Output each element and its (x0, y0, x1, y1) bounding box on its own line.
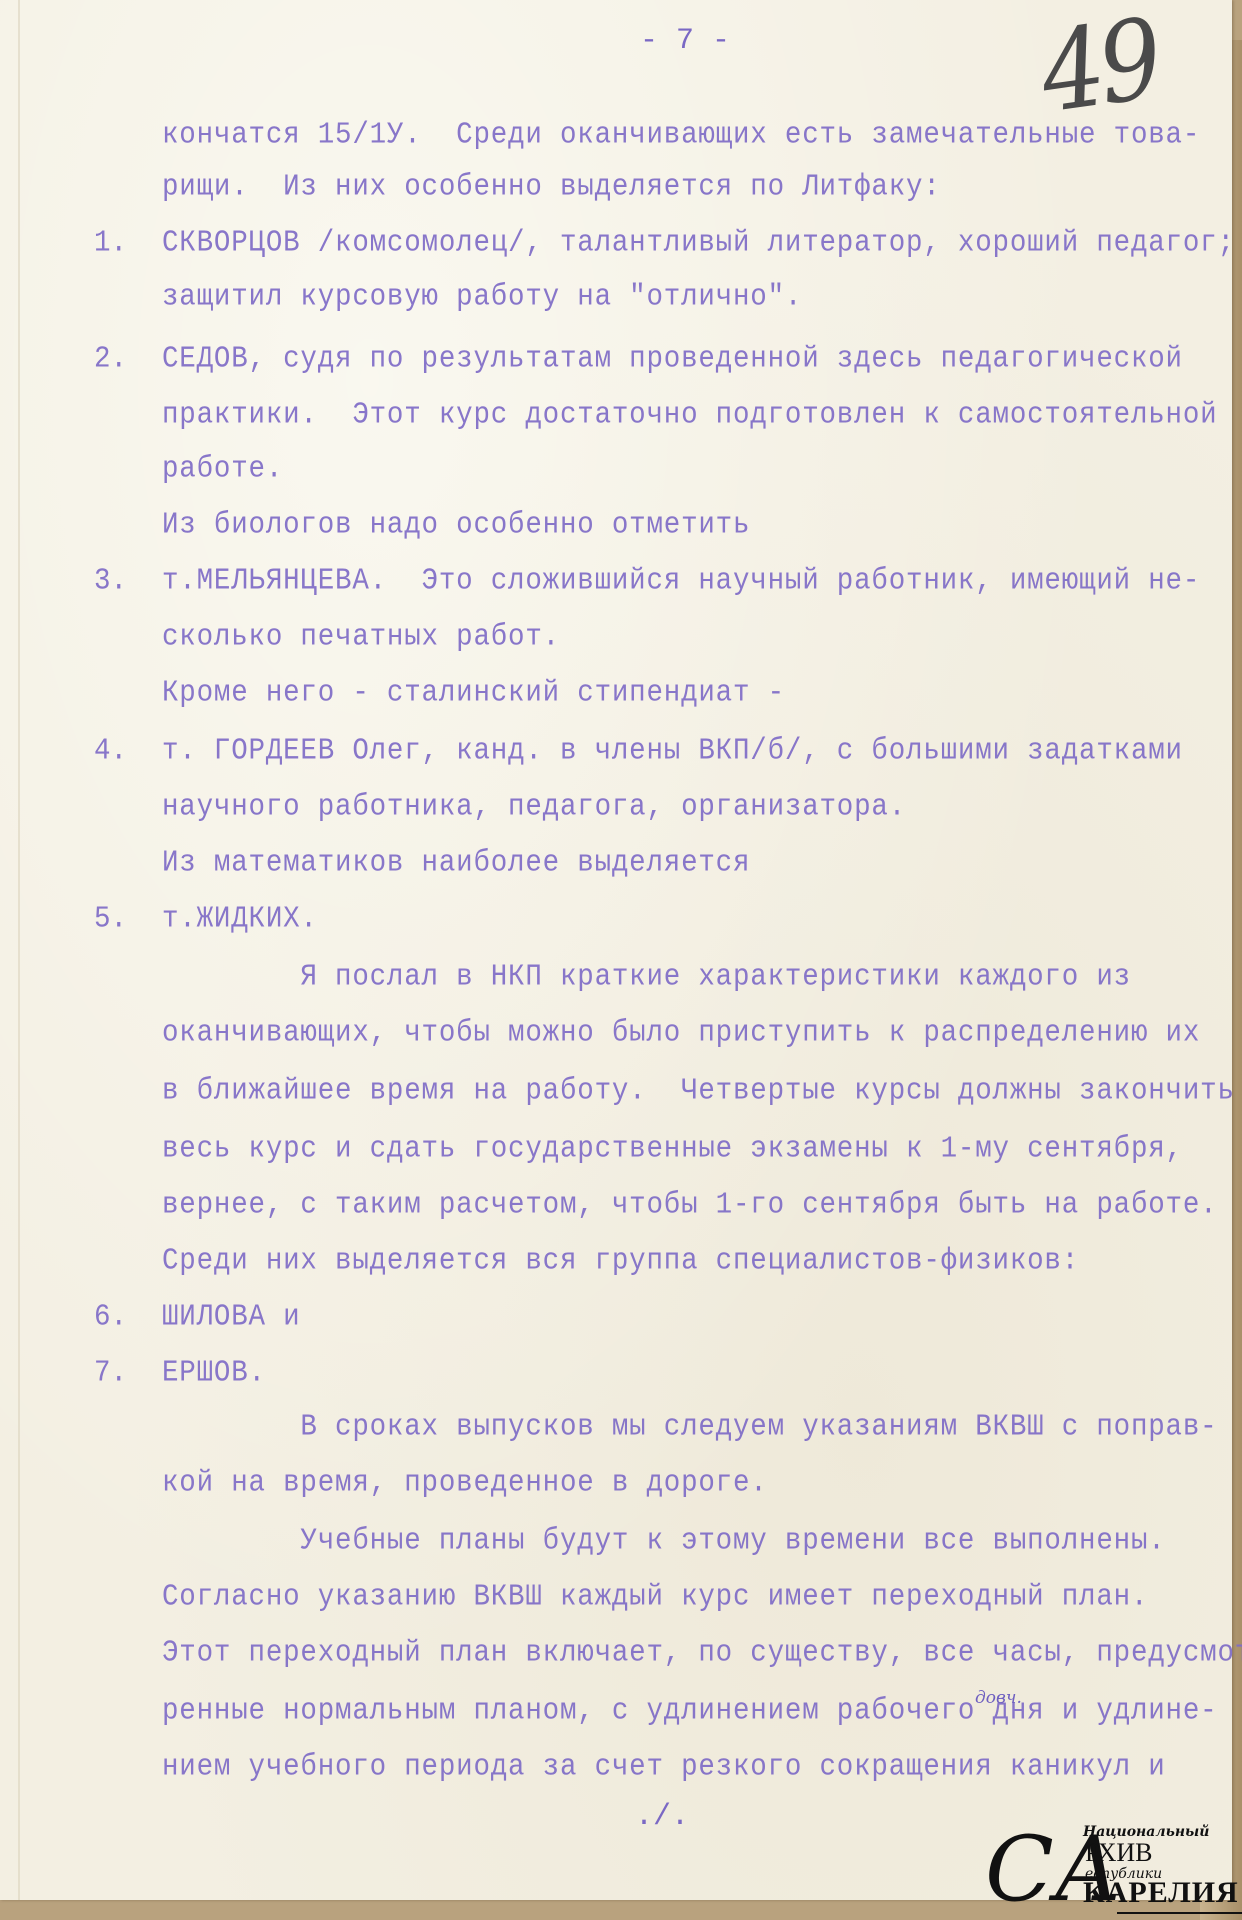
text-line: практики. Этот курс достаточно подготовл… (162, 398, 1217, 433)
text-line: весь курс и сдать государственные экзаме… (162, 1132, 1183, 1167)
page-number: - 7 - (640, 24, 730, 58)
folio-number-handwritten: 49 (1033, 0, 1165, 137)
text-line: т.МЕЛЬЯНЦЕВА. Это сложившийся научный ра… (162, 564, 1200, 599)
text-line: ШИЛОВА и (162, 1300, 300, 1335)
text-line: СЕДОВ, судя по результатам проведенной з… (162, 342, 1183, 377)
logo-quill-rule (1117, 1912, 1242, 1914)
text-line: оканчивающих, чтобы можно было приступит… (162, 1016, 1200, 1051)
text-line: научного работника, педагога, организато… (162, 790, 906, 825)
document-page: - 7 - 49 кончатся 15/1У. Среди оканчиваю… (0, 0, 1232, 1900)
logo-line-archive: РХИВ (1085, 1840, 1153, 1866)
text-line: В сроках выпусков мы следуем указаниям В… (162, 1410, 1217, 1445)
text-line: кой на время, проведенное в дороге. (162, 1466, 768, 1501)
archive-watermark-logo: СА Национальный РХИВ еспублики КАРЕЛИЯ (985, 1820, 1242, 1920)
text-line: вернее, с таким расчетом, чтобы 1-го сен… (162, 1188, 1217, 1223)
list-number: 2. (94, 342, 127, 377)
text-line: ренные нормальным планом, с удлинением р… (162, 1694, 1217, 1729)
text-line: работе. (162, 452, 283, 487)
list-number: 6. (94, 1300, 127, 1335)
text-line: Из математиков наиболее выделяется (162, 846, 750, 881)
continuation-mark: ./. (635, 1800, 689, 1834)
logo-line-karelia: КАРЕЛИЯ (1083, 1878, 1239, 1908)
text-line: рищи. Из них особенно выделяется по Литф… (162, 170, 941, 205)
text-line: Я послал в НКП краткие характеристики ка… (162, 960, 1131, 995)
text-line: т.ЖИДКИХ. (162, 902, 318, 937)
list-number: 1. (94, 226, 127, 261)
text-line: Учебные планы будут к этому времени все … (162, 1524, 1166, 1559)
text-line: ЕРШОВ. (162, 1356, 266, 1391)
handwritten-annotation: довч. (975, 1688, 1022, 1708)
text-line: Из биологов надо особенно отметить (162, 508, 750, 543)
text-line: т. ГОРДЕЕВ Олег, канд. в члены ВКП/б/, с… (162, 734, 1183, 769)
text-line: Этот переходный план включает, по сущест… (162, 1636, 1242, 1671)
text-line: Среди них выделяется вся группа специали… (162, 1244, 1079, 1279)
text-line: нием учебного периода за счет резкого со… (162, 1750, 1166, 1785)
text-line: СКВОРЦОВ /комсомолец/, талантливый литер… (162, 226, 1235, 261)
list-number: 3. (94, 564, 127, 599)
list-number: 7. (94, 1356, 127, 1391)
text-line: сколько печатных работ. (162, 620, 560, 655)
text-line: Кроме него - сталинский стипендиат - (162, 676, 785, 711)
text-line: защитил курсовую работу на "отлично". (162, 280, 802, 315)
list-number: 5. (94, 902, 127, 937)
text-line: Согласно указанию ВКВШ каждый курс имеет… (162, 1580, 1148, 1615)
text-line: кончатся 15/1У. Среди оканчивающих есть … (162, 118, 1200, 153)
page-edge (18, 0, 20, 1900)
text-line: в ближайшее время на работу. Четвертые к… (162, 1074, 1235, 1109)
list-number: 4. (94, 734, 127, 769)
